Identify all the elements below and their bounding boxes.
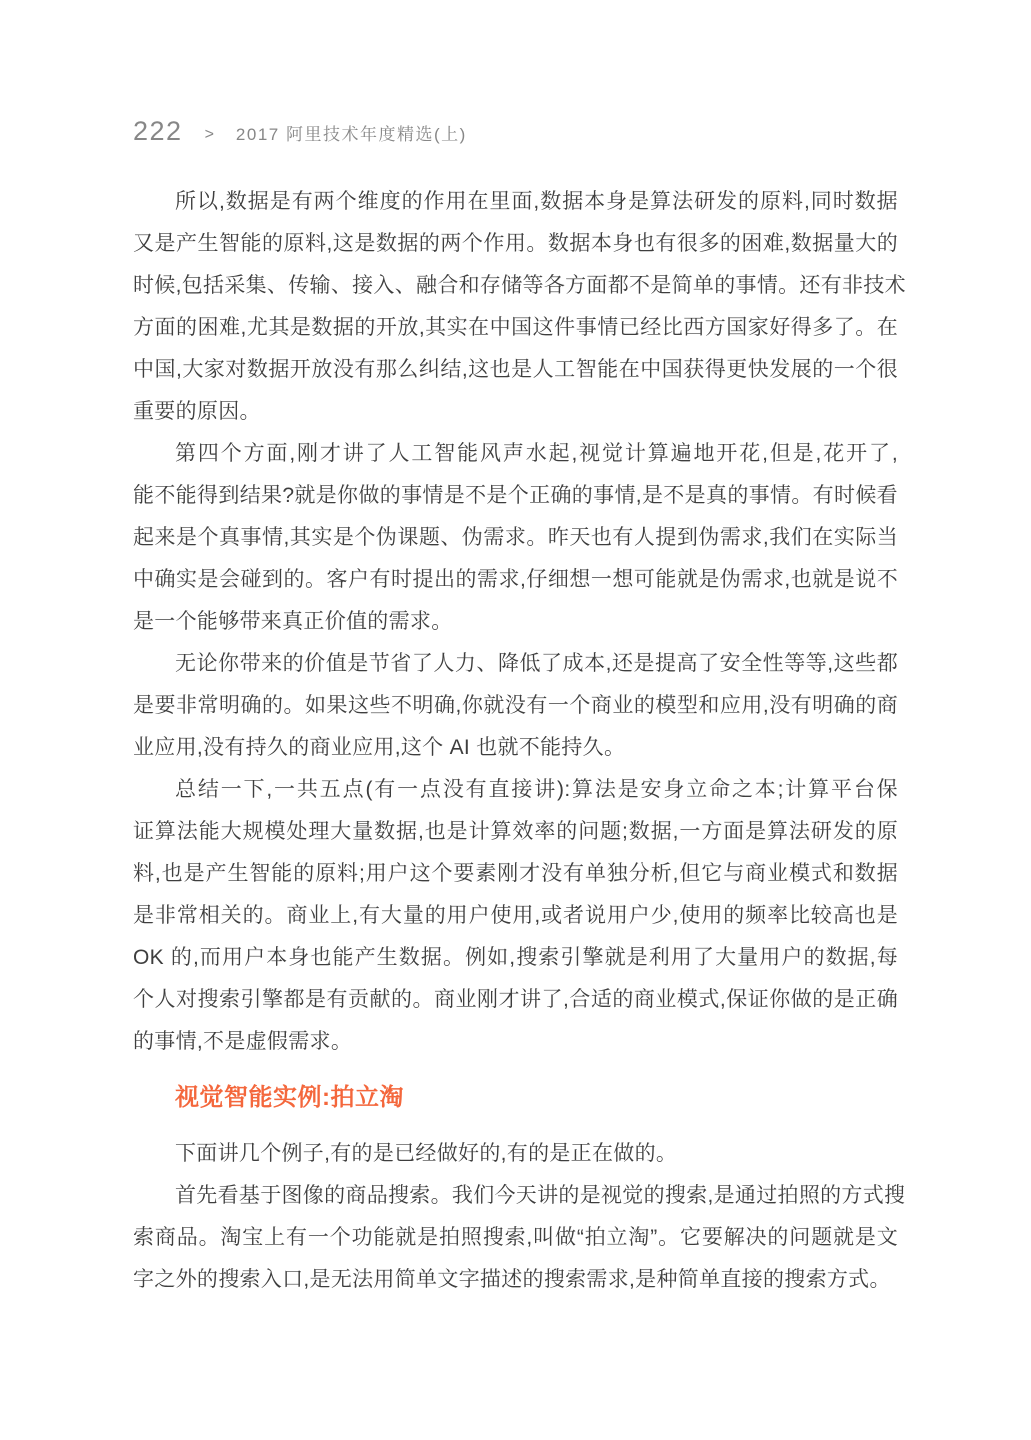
text-line: 业应用,没有持久的商业应用,这个 AI 也就不能持久。 — [133, 727, 898, 769]
text-line: 是一个能够带来真正价值的需求。 — [133, 601, 898, 643]
text-line: 是要非常明确的。如果这些不明确,你就没有一个商业的模型和应用,没有明确的商 — [133, 685, 898, 727]
text-line: 索商品。淘宝上有一个功能就是拍照搜索,叫做“拍立淘”。它要解决的问题就是文 — [133, 1217, 898, 1259]
text-line: 中确实是会碰到的。客户有时提出的需求,仔细想一想可能就是伪需求,也就是说不 — [133, 559, 898, 601]
paragraph: 下面讲几个例子,有的是已经做好的,有的是正在做的。 — [133, 1133, 898, 1175]
text-line: 又是产生智能的原料,这是数据的两个作用。数据本身也有很多的困难,数据量大的 — [133, 223, 898, 265]
text-line: 能不能得到结果?就是你做的事情是不是个正确的事情,是不是真的事情。有时候看 — [133, 475, 898, 517]
text-line: 总结一下,一共五点(有一点没有直接讲):算法是安身立命之本;计算平台保 — [133, 769, 898, 811]
section-heading: 视觉智能实例:拍立淘 — [133, 1077, 898, 1119]
text-line: 所以,数据是有两个维度的作用在里面,数据本身是算法研发的原料,同时数据 — [133, 181, 898, 223]
text-line: 是非常相关的。商业上,有大量的用户使用,或者说用户少,使用的频率比较高也是 — [133, 895, 898, 937]
text-line: 方面的困难,尤其是数据的开放,其实在中国这件事情已经比西方国家好得多了。在 — [133, 307, 898, 349]
paragraph: 总结一下,一共五点(有一点没有直接讲):算法是安身立命之本;计算平台保证算法能大… — [133, 769, 898, 1063]
text-line: 的事情,不是虚假需求。 — [133, 1021, 898, 1063]
text-line: 重要的原因。 — [133, 391, 898, 433]
book-page: 222 > 2017 阿里技术年度精选(上) 所以,数据是有两个维度的作用在里面… — [0, 0, 1031, 1440]
header-separator-chevron: > — [205, 126, 214, 144]
paragraph: 所以,数据是有两个维度的作用在里面,数据本身是算法研发的原料,同时数据又是产生智… — [133, 181, 898, 433]
text-line: 时候,包括采集、传输、接入、融合和存储等各方面都不是简单的事情。还有非技术 — [133, 265, 898, 307]
book-title: 2017 阿里技术年度精选(上) — [236, 120, 467, 145]
text-line: 料,也是产生智能的原料;用户这个要素刚才没有单独分析,但它与商业模式和数据 — [133, 853, 898, 895]
text-line: 个人对搜索引擎都是有贡献的。商业刚才讲了,合适的商业模式,保证你做的是正确 — [133, 979, 898, 1021]
running-header: 222 > 2017 阿里技术年度精选(上) — [133, 116, 898, 147]
text-line: 证算法能大规模处理大量数据,也是计算效率的问题;数据,一方面是算法研发的原 — [133, 811, 898, 853]
text-line: 字之外的搜索入口,是无法用简单文字描述的搜索需求,是种简单直接的搜索方式。 — [133, 1259, 898, 1301]
text-line: OK 的,而用户本身也能产生数据。例如,搜索引擎就是利用了大量用户的数据,每 — [133, 937, 898, 979]
text-line: 第四个方面,刚才讲了人工智能风声水起,视觉计算遍地开花,但是,花开了, — [133, 433, 898, 475]
text-line: 中国,大家对数据开放没有那么纠结,这也是人工智能在中国获得更快发展的一个很 — [133, 349, 898, 391]
paragraph: 无论你带来的价值是节省了人力、降低了成本,还是提高了安全性等等,这些都是要非常明… — [133, 643, 898, 769]
text-line: 起来是个真事情,其实是个伪课题、伪需求。昨天也有人提到伪需求,我们在实际当 — [133, 517, 898, 559]
content: 所以,数据是有两个维度的作用在里面,数据本身是算法研发的原料,同时数据又是产生智… — [133, 181, 898, 1301]
text-line: 下面讲几个例子,有的是已经做好的,有的是正在做的。 — [133, 1133, 898, 1175]
paragraph: 首先看基于图像的商品搜索。我们今天讲的是视觉的搜索,是通过拍照的方式搜索商品。淘… — [133, 1175, 898, 1301]
paragraph: 第四个方面,刚才讲了人工智能风声水起,视觉计算遍地开花,但是,花开了,能不能得到… — [133, 433, 898, 643]
text-line: 无论你带来的价值是节省了人力、降低了成本,还是提高了安全性等等,这些都 — [133, 643, 898, 685]
page-number: 222 — [133, 116, 183, 147]
text-line: 首先看基于图像的商品搜索。我们今天讲的是视觉的搜索,是通过拍照的方式搜 — [133, 1175, 898, 1217]
